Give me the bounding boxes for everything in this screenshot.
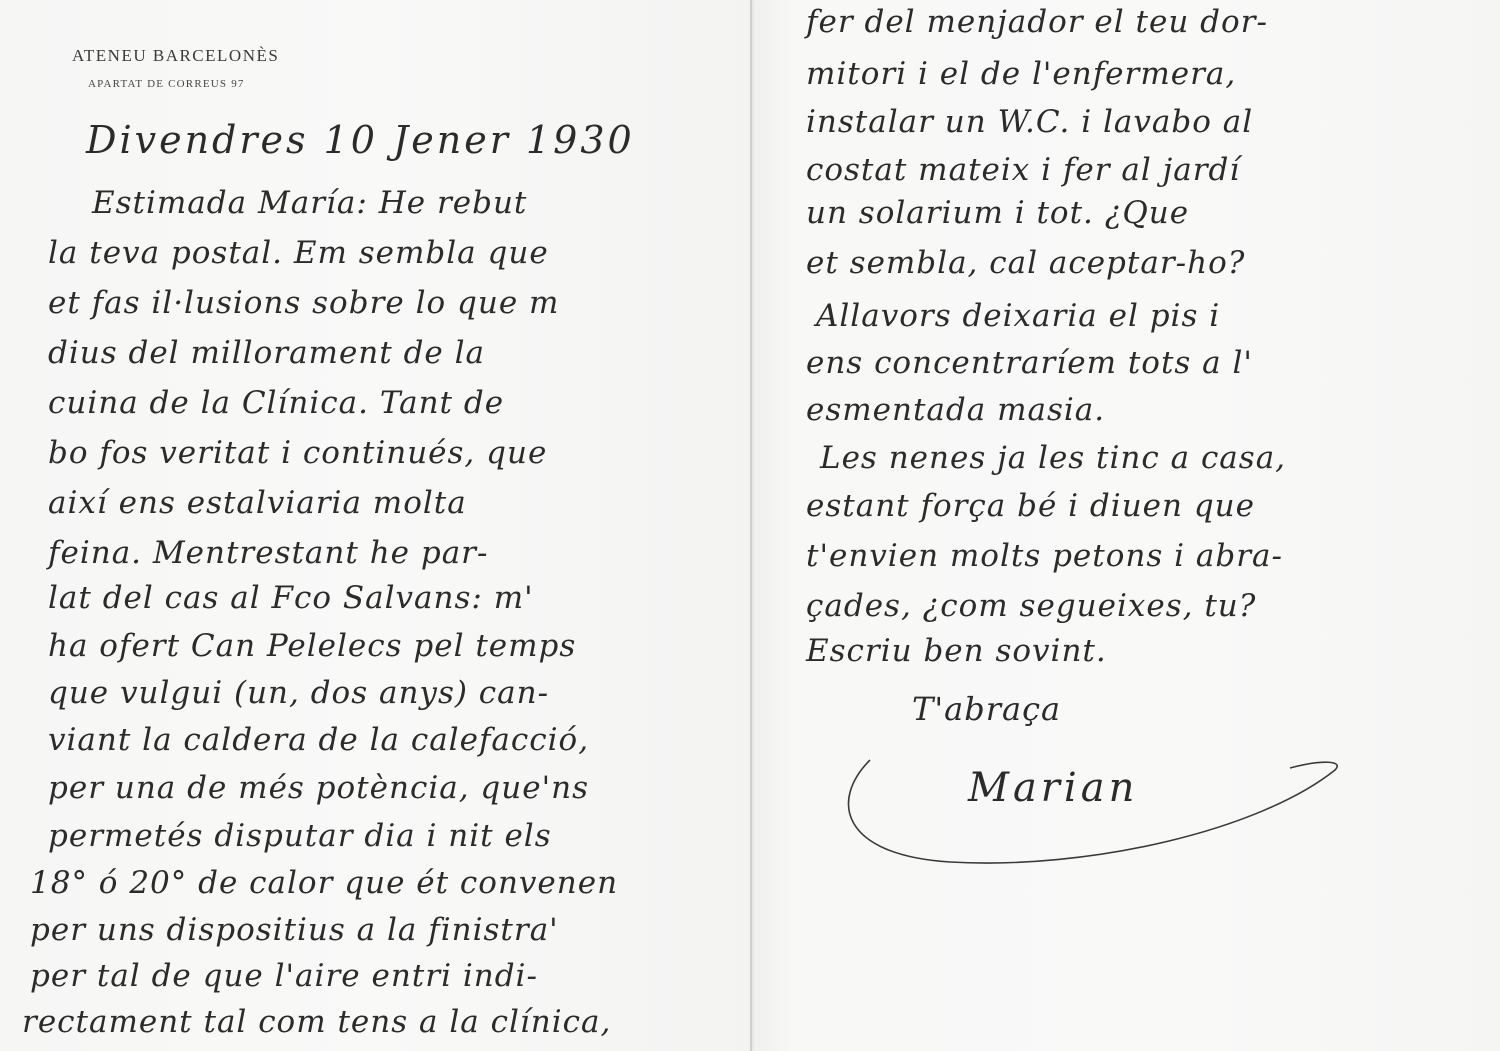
letter-line: et sembla, cal aceptar-ho? xyxy=(806,245,1245,281)
letter-line: per una de més potència, que'ns xyxy=(48,770,589,806)
letterhead-title: ATENEU BARCELONÈS xyxy=(72,46,279,66)
letter-line: çades, ¿com segueixes, tu? xyxy=(806,588,1256,624)
letter-line: fer del menjador el teu dor- xyxy=(806,4,1268,40)
page-fold xyxy=(750,0,752,1051)
letter-line: ha ofert Can Pelelecs pel temps xyxy=(48,628,576,664)
signature-flourish-icon xyxy=(830,740,1350,880)
letter-line: que vulgui (un, dos anys) can- xyxy=(48,675,549,711)
letter-line: mitori i el de l'enfermera, xyxy=(806,56,1236,92)
letter-line: per tal de que l'aire entri indi- xyxy=(30,958,538,994)
letter-line: Estimada María: He rebut xyxy=(92,185,527,221)
letter-line: t'envien molts petons i abra- xyxy=(806,538,1283,574)
letter-line: viant la caldera de la calefacció, xyxy=(48,722,589,758)
letter-line: Les nenes ja les tinc a casa, xyxy=(820,440,1286,476)
letter-closing: T'abraça xyxy=(912,690,1061,728)
letter-date: Divendres 10 Jener 1930 xyxy=(86,118,635,162)
letter-line: bo fos veritat i continués, que xyxy=(48,435,547,471)
letter-line: ens concentraríem tots a l' xyxy=(806,345,1253,381)
letter-line: et fas il·lusions sobre lo que m xyxy=(48,285,559,321)
letter-line: feina. Mentrestant he par- xyxy=(48,535,488,571)
letter-line: estant força bé i diuen que xyxy=(806,488,1255,524)
letterhead-subtitle: APARTAT DE CORREUS 97 xyxy=(88,78,245,90)
letter-line: rectament tal com tens a la clínica, xyxy=(22,1004,611,1040)
letter-line: Escriu ben sovint. xyxy=(806,633,1107,669)
letter-line: lat del cas al Fco Salvans: m' xyxy=(48,580,534,616)
letter-line: així ens estalviaria molta xyxy=(48,485,467,521)
letter-line: la teva postal. Em sembla que xyxy=(48,235,549,271)
letter-line: esmentada masia. xyxy=(806,392,1105,428)
letter-line: costat mateix i fer al jardí xyxy=(806,152,1240,188)
letter-line: instalar un W.C. i lavabo al xyxy=(806,104,1253,140)
letter-line: un solarium i tot. ¿Que xyxy=(806,195,1189,231)
letter-line: dius del millorament de la xyxy=(48,335,485,371)
letter-line: permetés disputar dia i nit els xyxy=(48,818,552,854)
letter-line: Allavors deixaria el pis i xyxy=(816,298,1220,334)
letter-line: cuina de la Clínica. Tant de xyxy=(48,385,504,421)
letter-line: 18° ó 20° de calor que ét convenen xyxy=(30,865,618,901)
letter-line: per uns dispositius a la finistra' xyxy=(30,912,559,948)
